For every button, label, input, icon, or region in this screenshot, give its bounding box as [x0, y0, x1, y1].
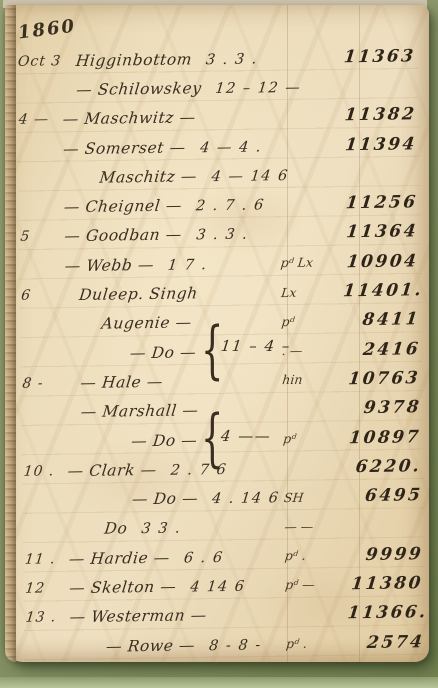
entry-name: — Cheignel —: [63, 197, 183, 217]
entry-main: — Hardie — 6 . 6: [69, 547, 285, 568]
entry-number: 11382: [344, 104, 418, 125]
entry-main: Do 3 3 .: [68, 518, 284, 539]
entry-amount: 3 . 3 .: [195, 227, 249, 244]
entry-name: Higginbottom: [75, 50, 193, 70]
entry-name: — Goodban —: [63, 226, 183, 246]
entry-name: Maschitz —: [99, 167, 198, 186]
entry-main: — Do — 4 . 14 6: [68, 488, 284, 509]
entry-name: — Do —: [130, 431, 198, 450]
entry-amount: 6 . 6: [183, 550, 225, 567]
entry-annotation: pᵈ Lx: [280, 255, 314, 270]
entry-name: — Maschwitz —: [62, 109, 197, 129]
entry-number: 11364: [346, 222, 420, 243]
entry-amount: 12 – 12 —: [215, 80, 303, 97]
entry-date: 6: [20, 288, 32, 304]
entry-annotation: pᵈ: [282, 431, 297, 446]
entry-number: 10763: [348, 368, 422, 389]
entry-number: 2416: [362, 339, 421, 360]
entry-main: — Skelton — 4 14 6: [69, 576, 285, 597]
entry-number: 2574: [366, 632, 425, 653]
entry-name: Augenie —: [101, 314, 193, 333]
entry-name: Duleep. Singh: [78, 284, 199, 304]
entry-main: — Maschwitz —: [63, 107, 279, 128]
book-binding-edge: [5, 5, 16, 662]
entry-number: 10897: [348, 427, 422, 448]
entry-name: — Westerman —: [69, 606, 208, 626]
entry-main: Duleep. Singh: [65, 283, 281, 304]
entry-number: 6495: [364, 485, 423, 506]
entry-main: — Schilowskey 12 – 12 —: [62, 78, 302, 99]
entry-main: Augenie —: [65, 312, 281, 333]
entry-name: Do: [103, 520, 128, 538]
entry-name: — Clark —: [67, 461, 158, 480]
entry-date: 13 .: [25, 610, 57, 626]
brace-amount: 11 – 4 –: [220, 337, 292, 355]
entry-name: — Do —: [129, 343, 197, 362]
entry-amount: 3 3 .: [141, 521, 183, 538]
entry-date: 8 -: [22, 375, 45, 391]
entry-main: — Hale —: [66, 371, 282, 392]
entry-annotation: pᵈ —: [284, 577, 315, 592]
entry-annotation: — —: [284, 519, 315, 534]
entry-amount: 8 - 8 -: [208, 637, 262, 654]
entry-number: 11380: [351, 573, 425, 594]
entry-main: — Goodban — 3 . 3 .: [64, 225, 280, 246]
entry-name: — Somerset —: [62, 138, 187, 158]
entry-date: 5: [20, 229, 32, 245]
entry-name: — Hale —: [79, 373, 163, 392]
entry-main: — Rowe — 8 - 8 -: [70, 635, 286, 656]
entry-amount: 2 . 7 . 6: [195, 197, 266, 214]
year-heading: 1860: [17, 16, 77, 44]
entry-number: 11256: [345, 192, 419, 213]
entry-number: 10904: [346, 251, 420, 272]
entry-main: — Somerset — 4 — 4 .: [63, 137, 279, 158]
entry-amount: 3 . 3 .: [205, 51, 259, 68]
entry-name: — Rowe —: [105, 636, 196, 655]
entry-number: 11366.: [347, 602, 429, 623]
brace-amount: 4 ——: [220, 427, 273, 445]
entry-name: — Webb —: [64, 256, 155, 275]
entry-number: 8411: [361, 310, 420, 331]
entry-number: 11363: [343, 46, 417, 67]
entry-amount: 1 7 .: [167, 257, 209, 274]
entry-annotation: SH: [283, 489, 304, 504]
entry-number: 11394: [344, 134, 418, 155]
entry-date: 12: [24, 580, 46, 596]
entry-name: — Marshall —: [80, 402, 200, 422]
entry-amount: 4 . 14 6: [211, 490, 280, 507]
ledger-row: — Rowe — 8 - 8 - pᵈ . 2574: [24, 627, 426, 662]
entry-amount: 4 — 14 6: [210, 168, 289, 185]
entry-number: 9999: [364, 544, 423, 565]
entry-name: — Hardie —: [68, 548, 171, 567]
entry-annotation: pᵈ: [281, 314, 296, 329]
entry-main: — Webb — 1 7 .: [65, 254, 281, 275]
entry-name: — Do —: [131, 489, 199, 508]
entry-date: 11 .: [24, 551, 56, 567]
entry-amount: 4 14 6: [190, 579, 247, 596]
entry-main: — Cheignel — 2 . 7 . 6: [64, 195, 280, 216]
entry-main: — Marshall —: [67, 400, 283, 421]
entry-date: Oct 3: [17, 53, 62, 70]
entry-date: 10 .: [23, 463, 55, 479]
entry-number: 9378: [362, 397, 421, 418]
entry-annotation: hin: [282, 372, 304, 387]
entry-main: Higginbottom 3 . 3 .: [62, 49, 278, 70]
entry-main: — Westerman —: [70, 605, 286, 626]
entry-number: 6220.: [355, 456, 423, 477]
entry-amount: 4 — 4 .: [199, 139, 263, 156]
entry-annotation: pᵈ .: [284, 548, 307, 563]
entry-number: 11401.: [342, 280, 424, 301]
entry-main: — Clark — 2 . 7 6: [68, 459, 284, 480]
ledger-page: 1860 Oct 3 Higginbottom 3 . 3 . 11363 — …: [5, 5, 429, 662]
entry-name: — Skelton —: [68, 578, 177, 598]
entry-date: 4 —: [18, 112, 50, 128]
entry-main: Maschitz — 4 — 14 6: [63, 166, 288, 187]
entry-annotation: pᵈ .: [285, 636, 308, 651]
entry-name: — Schilowskey: [75, 79, 202, 99]
scanner-bed-strip: [0, 677, 438, 688]
entry-annotation: Lx: [280, 284, 297, 299]
